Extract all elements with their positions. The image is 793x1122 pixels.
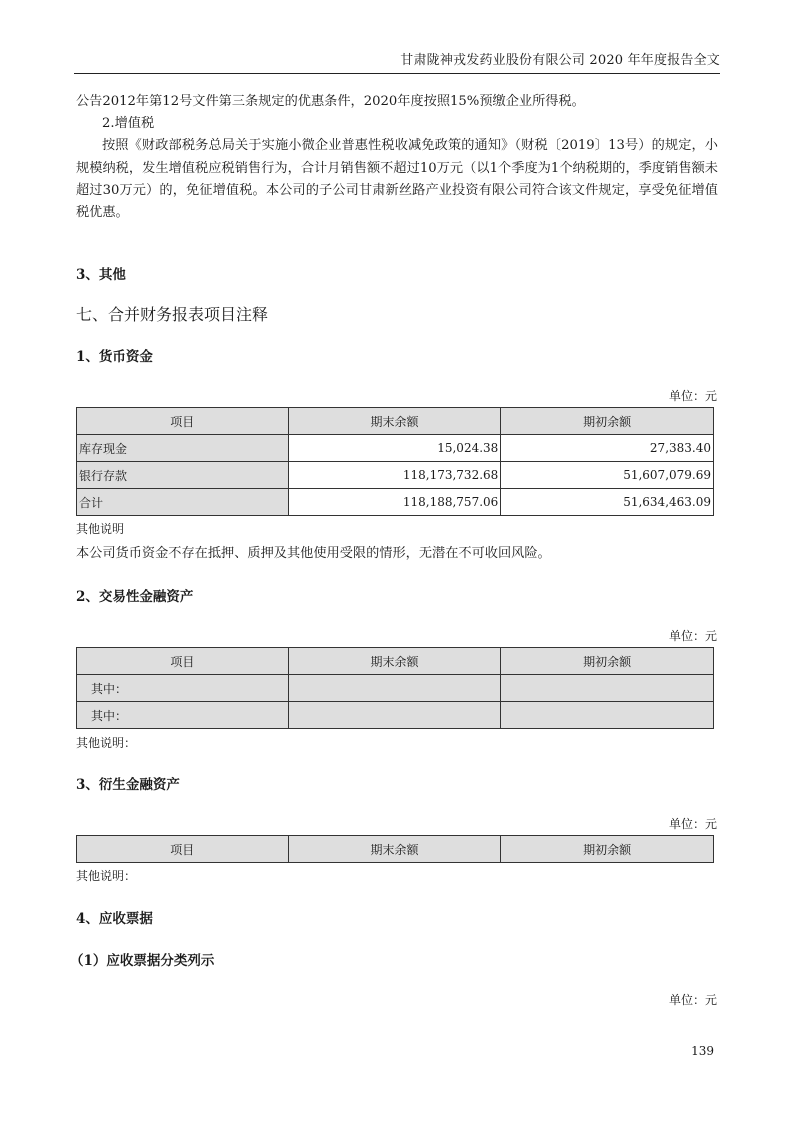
intro-block: 公告2012年第12号文件第三条规定的优惠条件，2020年度按照15%预缴企业所… (76, 91, 718, 224)
row-label: 其中： (77, 675, 289, 702)
column-header-item: 项目 (77, 408, 289, 435)
cash-note-body: 本公司货币资金不存在抵押、质押及其他使用受限的情形，无潜在不可收回风险。 (76, 542, 551, 561)
column-header-ending-balance: 期末余额 (288, 836, 501, 863)
document-header-title: 甘肃陇神戎发药业股份有限公司 2020 年年度报告全文 (400, 49, 720, 68)
column-header-opening-balance: 期初余额 (501, 408, 714, 435)
ending-balance-cell: 118,188,757.06 (288, 489, 501, 516)
opening-balance-cell (501, 702, 714, 729)
row-label: 库存现金 (77, 435, 289, 462)
opening-balance-cell: 51,607,079.69 (501, 462, 714, 489)
ending-balance-cell: 15,024.38 (288, 435, 501, 462)
table-header-row: 项目 期末余额 期初余额 (77, 408, 714, 435)
derivative-assets-heading: 3、衍生金融资产 (76, 773, 180, 793)
table-row: 其中： (77, 702, 714, 729)
trading-unit-label: 单位：元 (669, 627, 717, 644)
notes-receivable-heading: 4、应收票据 (76, 907, 153, 927)
opening-balance-cell (501, 675, 714, 702)
ending-balance-cell: 118,173,732.68 (288, 462, 501, 489)
column-header-item: 项目 (77, 836, 289, 863)
header-divider (74, 73, 720, 74)
table-header-row: 项目 期末余额 期初余额 (77, 648, 714, 675)
cash-unit-label: 单位：元 (669, 387, 717, 404)
trading-assets-heading: 2、交易性金融资产 (76, 585, 193, 605)
trading-assets-table: 项目 期末余额 期初余额 其中： 其中： (76, 647, 714, 729)
table-row: 其中： (77, 675, 714, 702)
notes-receivable-unit-label: 单位：元 (669, 991, 717, 1008)
table-row: 银行存款 118,173,732.68 51,607,079.69 (77, 462, 714, 489)
opening-balance-cell: 27,383.40 (501, 435, 714, 462)
chapter-heading: 七、合并财务报表项目注释 (76, 302, 268, 325)
ending-balance-cell (288, 702, 501, 729)
cash-table: 项目 期末余额 期初余额 库存现金 15,024.38 27,383.40 银行… (76, 407, 714, 516)
cash-note-label: 其他说明 (76, 520, 124, 537)
row-label: 合计 (77, 489, 289, 516)
table-row: 库存现金 15,024.38 27,383.40 (77, 435, 714, 462)
income-tax-line: 公告2012年第12号文件第三条规定的优惠条件，2020年度按照15%预缴企业所… (76, 91, 718, 113)
trading-note-label: 其他说明： (76, 734, 136, 751)
vat-heading: 2.增值税 (76, 113, 718, 135)
cash-heading: 1、货币资金 (76, 345, 153, 365)
ending-balance-cell (288, 675, 501, 702)
table-header-row: 项目 期末余额 期初余额 (77, 836, 714, 863)
derivative-unit-label: 单位：元 (669, 815, 717, 832)
opening-balance-cell: 51,634,463.09 (501, 489, 714, 516)
page-number: 139 (691, 1044, 714, 1058)
table-row: 合计 118,188,757.06 51,634,463.09 (77, 489, 714, 516)
row-label: 其中： (77, 702, 289, 729)
notes-receivable-subheading: （1）应收票据分类列示 (70, 949, 214, 969)
column-header-opening-balance: 期初余额 (501, 836, 714, 863)
vat-body: 按照《财政部税务总局关于实施小微企业普惠性税收减免政策的通知》（财税〔2019〕… (76, 135, 718, 224)
derivative-assets-table: 项目 期末余额 期初余额 (76, 835, 714, 863)
row-label: 银行存款 (77, 462, 289, 489)
column-header-ending-balance: 期末余额 (288, 408, 501, 435)
column-header-ending-balance: 期末余额 (288, 648, 501, 675)
column-header-item: 项目 (77, 648, 289, 675)
column-header-opening-balance: 期初余额 (501, 648, 714, 675)
section-other-heading: 3、其他 (76, 263, 126, 283)
derivative-note-label: 其他说明： (76, 867, 136, 884)
